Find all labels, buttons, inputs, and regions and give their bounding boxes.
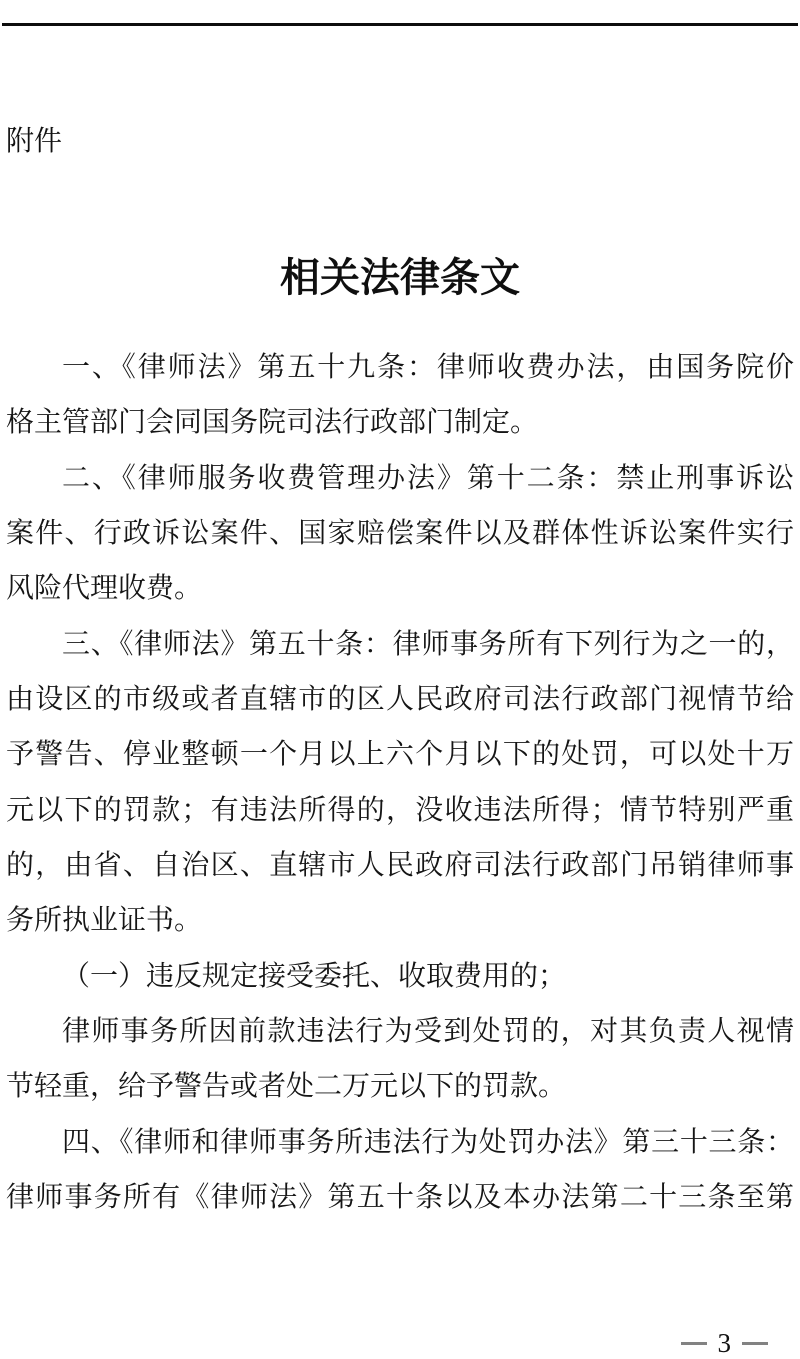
body-line: 节轻重，给予警告或者处二万元以下的罚款。 bbox=[6, 1059, 794, 1114]
page-footer: 3 bbox=[681, 1328, 769, 1358]
body-line: 元以下的罚款；有违法所得的，没收违法所得；情节特别严重 bbox=[6, 783, 794, 838]
body-line: 二、《律师服务收费管理办法》第十二条：禁止刑事诉讼 bbox=[6, 451, 794, 506]
body-text-block: 一、《律师法》第五十九条：律师收费办法，由国务院价格主管部门会同国务院司法行政部… bbox=[6, 340, 794, 1226]
body-line: 律师事务所因前款违法行为受到处罚的，对其负责人视情 bbox=[6, 1004, 794, 1059]
body-line: 三、《律师法》第五十条：律师事务所有下列行为之一的， bbox=[6, 617, 794, 672]
top-rule-line bbox=[2, 23, 798, 26]
body-line: 务所执业证书。 bbox=[6, 893, 794, 948]
attachment-label: 附件 bbox=[6, 124, 62, 158]
document-page: 附件 相关法律条文 一、《律师法》第五十九条：律师收费办法，由国务院价格主管部门… bbox=[0, 0, 800, 1359]
body-line: 案件、行政诉讼案件、国家赔偿案件以及群体性诉讼案件实行 bbox=[6, 506, 794, 561]
body-line: 风险代理收费。 bbox=[6, 561, 794, 616]
page-number-dash-right-icon bbox=[742, 1342, 768, 1345]
body-line: 由设区的市级或者直辖市的区人民政府司法行政部门视情节给 bbox=[6, 672, 794, 727]
page-number-dash-left-icon bbox=[681, 1342, 707, 1345]
page-number: 3 bbox=[718, 1328, 732, 1358]
body-line: （一）违反规定接受委托、收取费用的； bbox=[6, 949, 794, 1004]
body-line: 四、《律师和律师事务所违法行为处罚办法》第三十三条： bbox=[6, 1115, 794, 1170]
body-line: 律师事务所有《律师法》第五十条以及本办法第二十三条至第 bbox=[6, 1170, 794, 1225]
body-line: 的，由省、自治区、直辖市人民政府司法行政部门吊销律师事 bbox=[6, 838, 794, 893]
body-line: 予警告、停业整顿一个月以上六个月以下的处罚，可以处十万 bbox=[6, 727, 794, 782]
document-title: 相关法律条文 bbox=[0, 252, 800, 304]
body-line: 格主管部门会同国务院司法行政部门制定。 bbox=[6, 395, 794, 450]
body-line: 一、《律师法》第五十九条：律师收费办法，由国务院价 bbox=[6, 340, 794, 395]
